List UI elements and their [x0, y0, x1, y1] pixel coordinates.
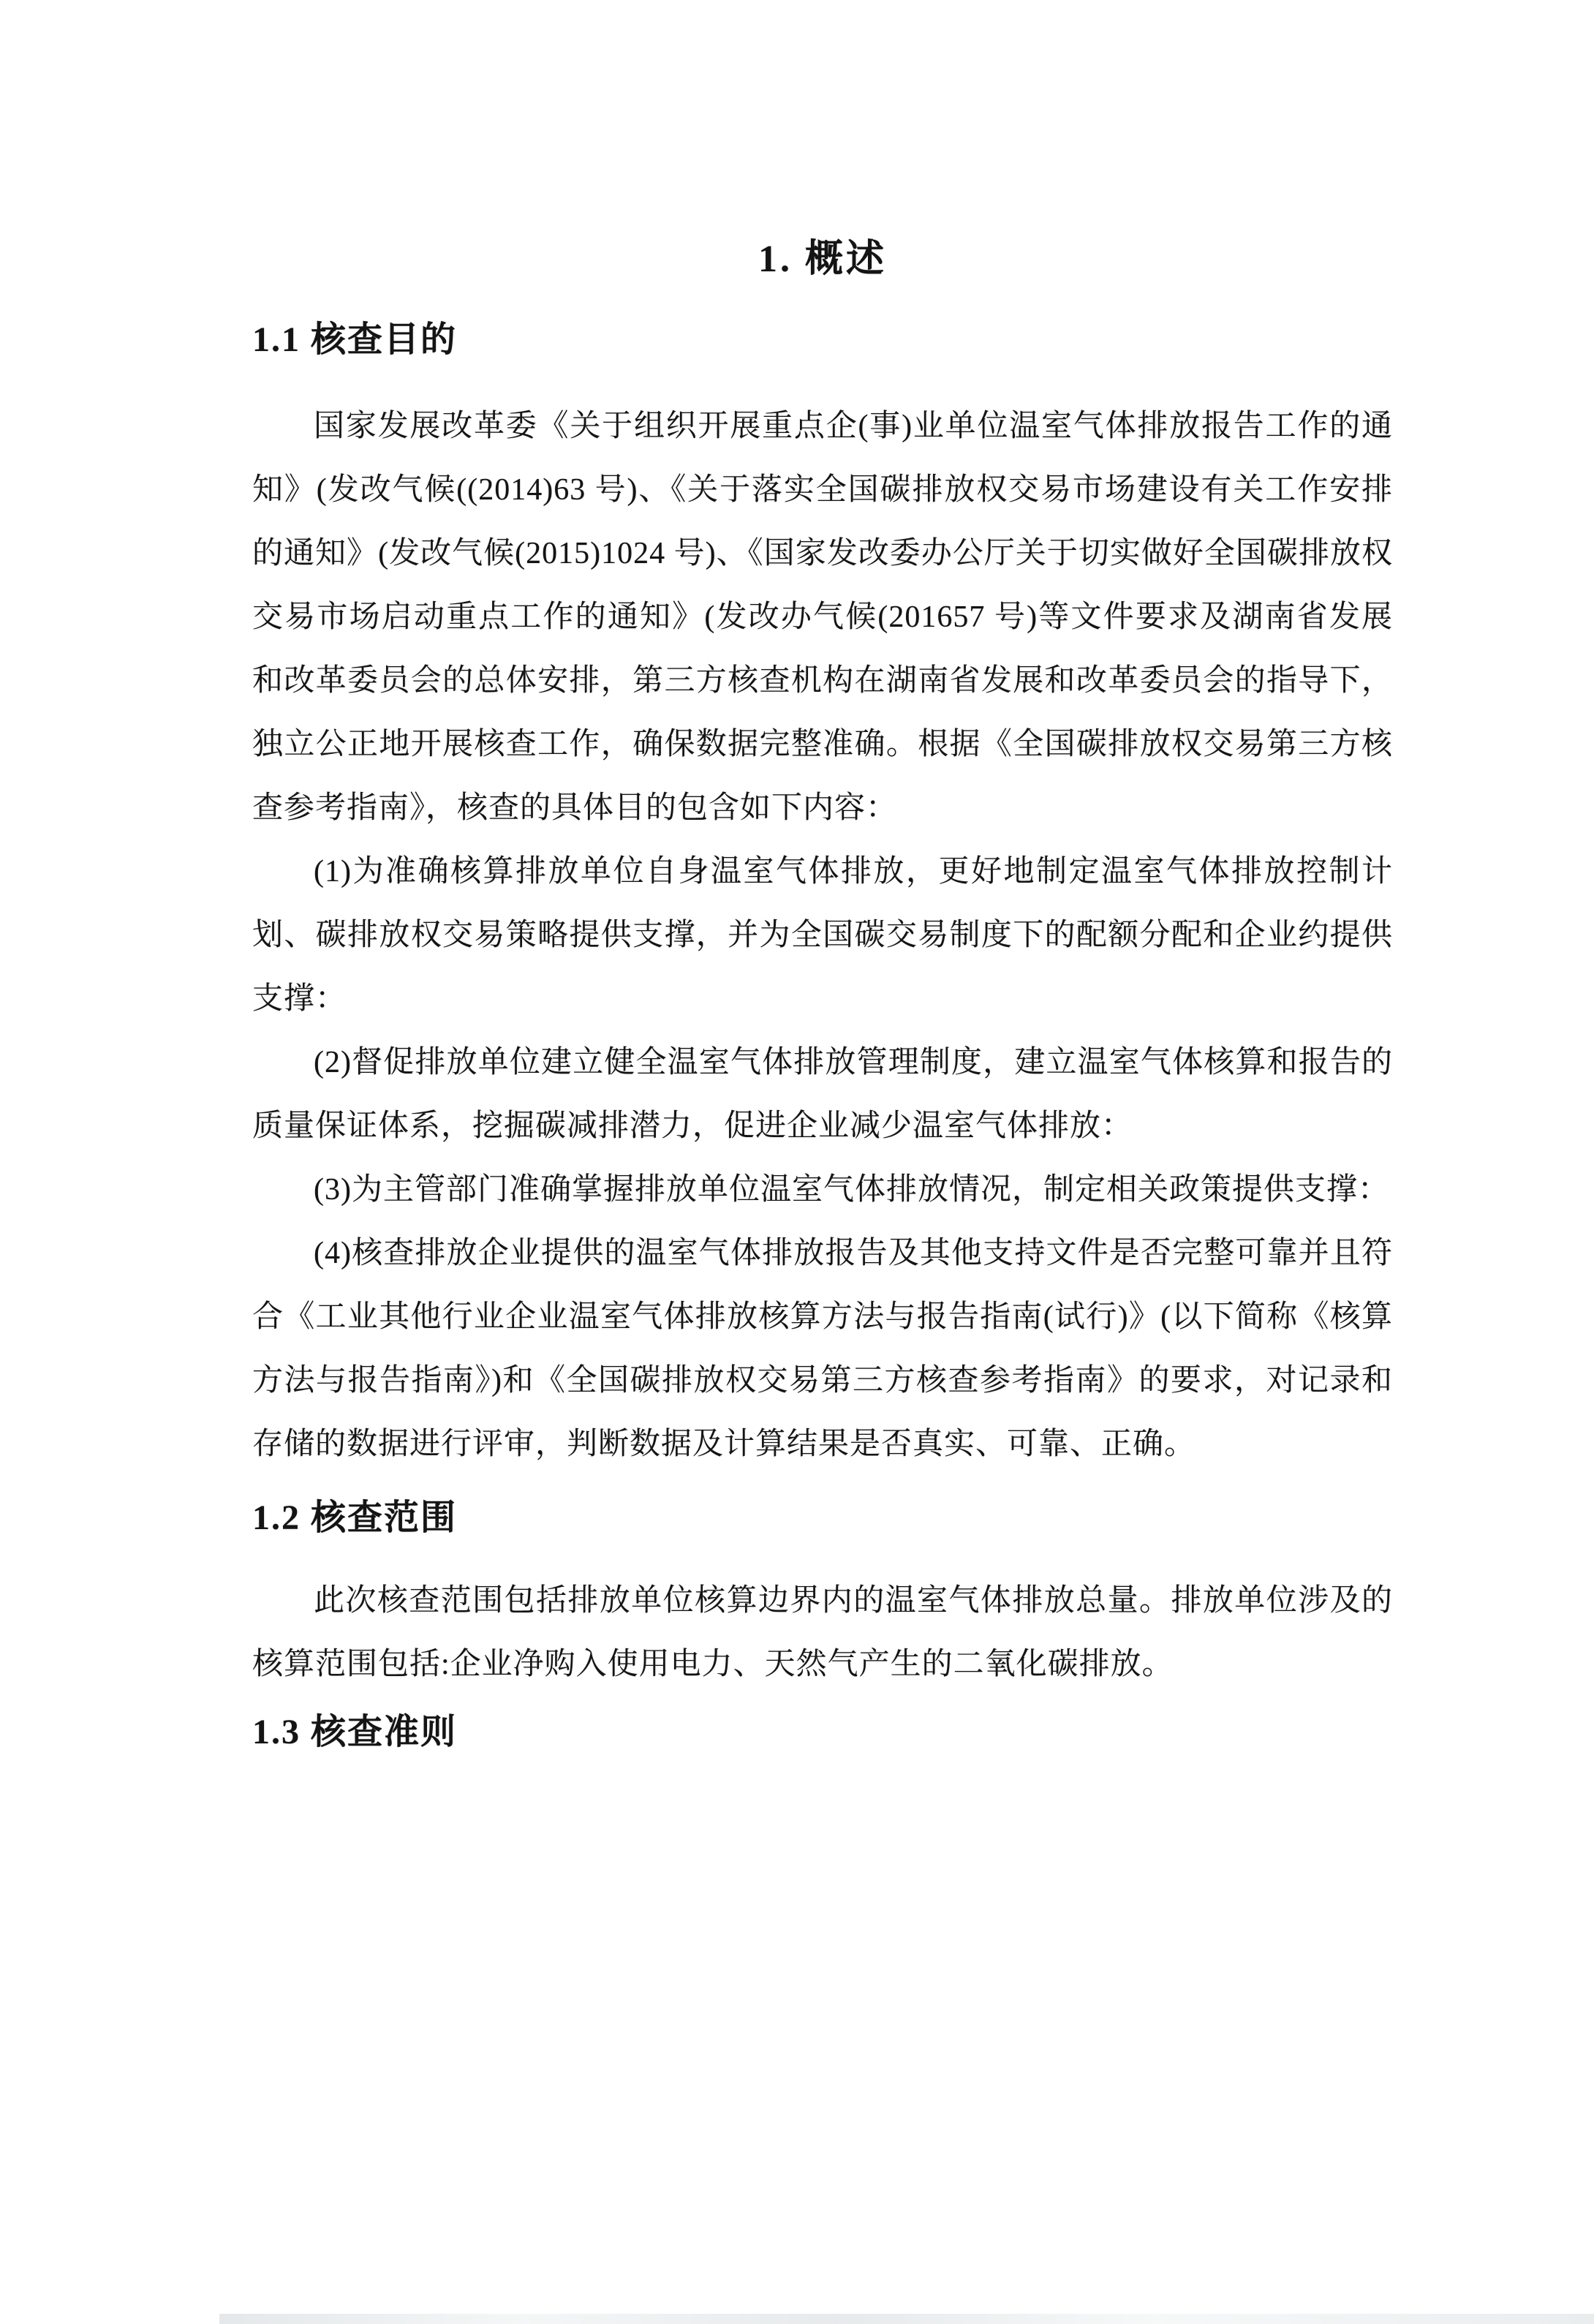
paragraph-1-2-scope: 此次核查范围包括排放单位核算边界内的温室气体排放总量。排放单位涉及的核算范围包括… [252, 1569, 1393, 1697]
section-heading-1-2: 1.2 核查范围 [252, 1491, 1393, 1545]
section-heading-1-1: 1.1 核查目的 [252, 313, 1393, 367]
document-title: 1. 概述 [252, 233, 1393, 287]
paragraph-1-1-item-1: (1)为准确核算排放单位自身温室气体排放，更好地制定温室气体排放控制计划、碳排放… [252, 840, 1393, 1031]
document-content: 1. 概述 1.1 核查目的 国家发展改革委《关于组织开展重点企(事)业单位温室… [252, 0, 1393, 1759]
paragraph-1-1-item-3: (3)为主管部门准确掌握排放单位温室气体排放情况，制定相关政策提供支撑： [252, 1158, 1393, 1222]
scan-artifact-band [219, 2314, 1594, 2324]
paragraph-1-1-item-4: (4)核查排放企业提供的温室气体排放报告及其他支持文件是否完整可靠并且符合《工业… [252, 1222, 1393, 1476]
paragraph-1-1-item-2: (2)督促排放单位建立健全温室气体排放管理制度，建立温室气体核算和报告的质量保证… [252, 1031, 1393, 1158]
section-heading-1-3: 1.3 核查准则 [252, 1705, 1393, 1759]
scanned-document-page: 1. 概述 1.1 核查目的 国家发展改革委《关于组织开展重点企(事)业单位温室… [0, 0, 1594, 2324]
paragraph-1-1-intro: 国家发展改革委《关于组织开展重点企(事)业单位温室气体排放报告工作的通知》(发改… [252, 395, 1393, 840]
